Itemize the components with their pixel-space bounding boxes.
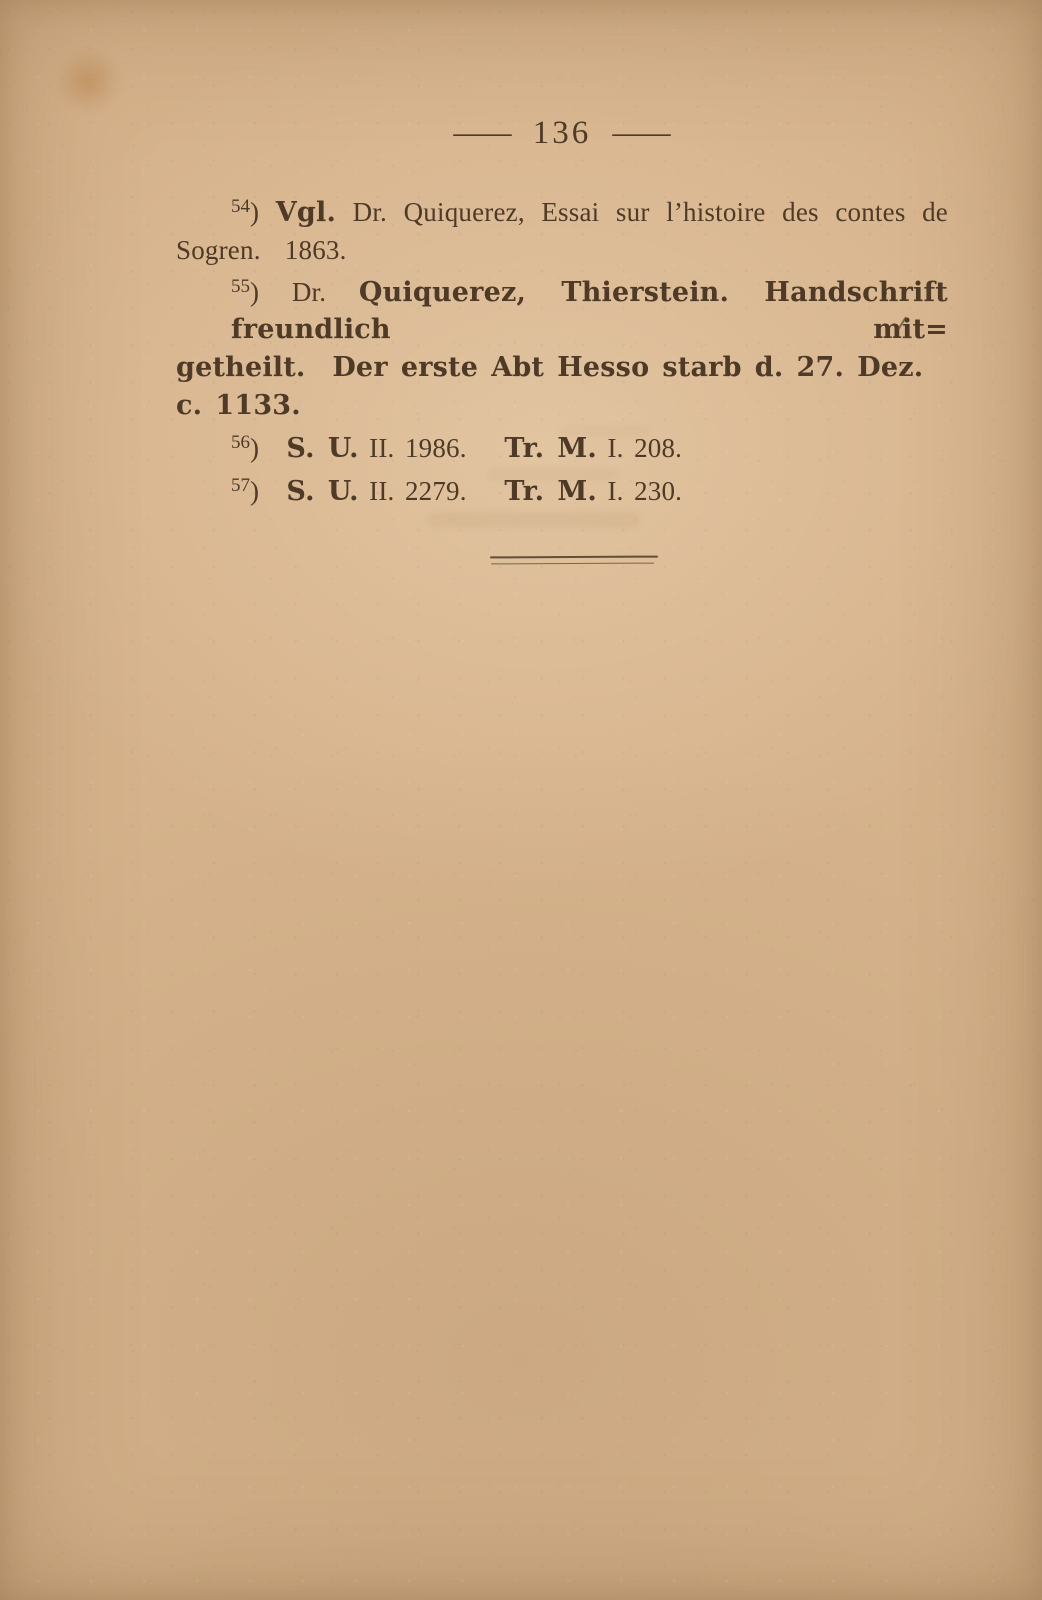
footnote-text-run: Dr. Quiquerez, Essai sur l’histoire des … — [336, 197, 948, 227]
footnote-text-run: II. 2279. — [359, 476, 505, 506]
divider-rule-bottom — [491, 562, 654, 564]
paper-stain — [52, 50, 124, 112]
footnote-text-run: Tr. M. — [504, 476, 597, 507]
footnote-text-run: ) — [250, 476, 286, 506]
footnote-text-run: Tr. M. — [504, 433, 597, 464]
footnote-text-run: I. 208. — [597, 433, 682, 463]
page-number-header: —136— — [176, 114, 948, 152]
footnote-text-run: Sogren. 1863. — [176, 235, 347, 265]
footnote-line: Sogren. 1863. — [176, 232, 948, 269]
footnote-line: getheilt. Der erste Abt Hesso starb d. 2… — [176, 349, 948, 425]
section-divider — [490, 556, 658, 565]
footnote-marker: 56 — [231, 432, 250, 453]
footnote-line: 54) Vgl. Dr. Quiquerez, Essai sur l’hist… — [176, 189, 948, 232]
footnote-text-run: S. U. — [286, 433, 358, 464]
showthrough-ghost — [428, 512, 640, 528]
footnote-text-run: S. U. — [286, 476, 358, 507]
divider-rule-top — [490, 556, 658, 559]
footnote-marker: 57 — [231, 475, 250, 496]
footnote-line: 56) S. U. II. 1986. Tr. M. I. 208. — [176, 425, 948, 468]
footnote-line: 57) S. U. II. 2279. Tr. M. I. 230. — [176, 468, 948, 511]
footnote-marker: 55 — [231, 276, 250, 297]
footnote-text-run: ) — [250, 197, 276, 227]
book-page: —136— 54) Vgl. Dr. Quiquerez, Essai sur … — [0, 0, 1042, 1600]
footnote-text-run: ) — [250, 433, 286, 463]
footnote-text-run: Vgl. — [276, 197, 336, 228]
footnote-text-run: II. 1986. — [359, 433, 505, 463]
footnote-text-run: ) Dr. — [250, 277, 359, 307]
footnote-line: 55) Dr. Quiquerez, Thierstein. Handschri… — [176, 269, 948, 350]
footnote-text-run: I. 230. — [597, 476, 682, 506]
header-dash-right: — — [613, 114, 671, 152]
header-dash-left: — — [453, 114, 511, 152]
page-number: 136 — [533, 114, 592, 152]
footnotes-section: 54) Vgl. Dr. Quiquerez, Essai sur l’hist… — [176, 189, 948, 510]
footnote-text-run: getheilt. Der erste Abt Hesso starb d. 2… — [176, 352, 923, 421]
footnote-marker: 54 — [231, 196, 250, 217]
